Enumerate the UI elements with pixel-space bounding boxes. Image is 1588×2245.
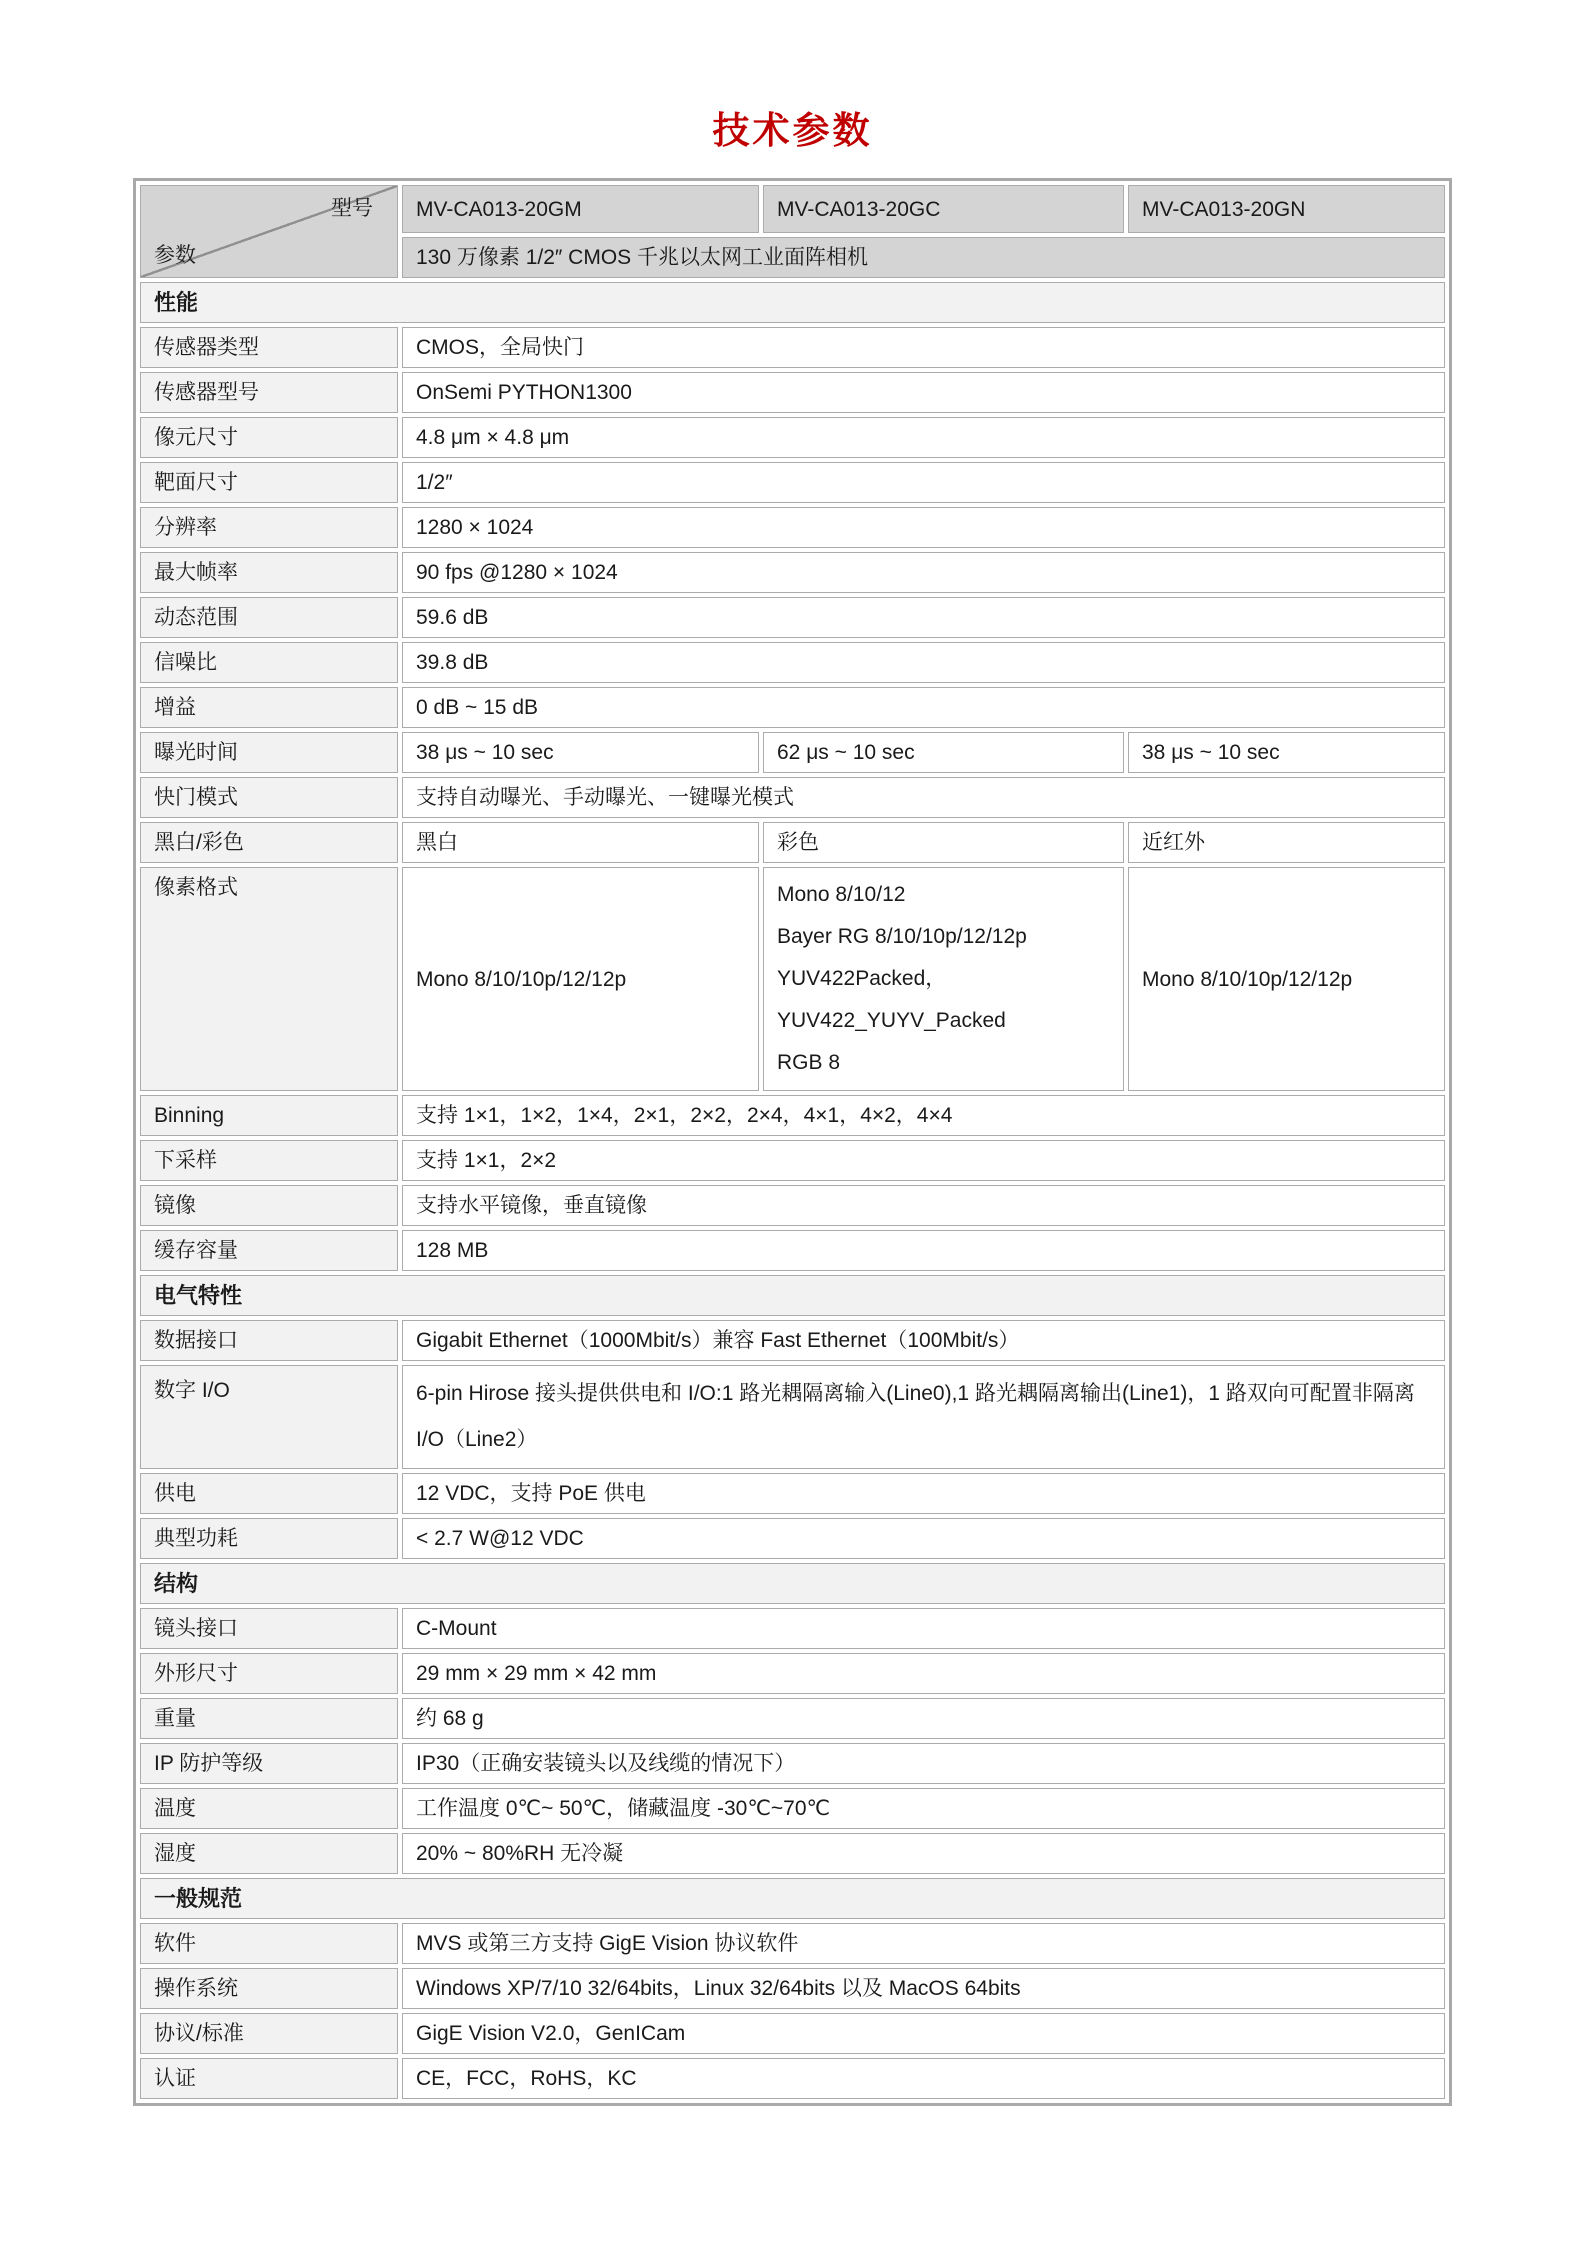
spec-row: Binning 支持 1×1，1×2，1×4，2×1，2×2，2×4，4×1，4… [140,1095,1445,1136]
row-label: 最大帧率 [140,552,398,593]
row-value: GigE Vision V2.0，GenICam [402,2013,1445,2054]
row-value: < 2.7 W@12 VDC [402,1518,1445,1559]
pixel-format-line: RGB 8 [777,1042,1110,1084]
row-label: 分辨率 [140,507,398,548]
row-value: 29 mm × 29 mm × 42 mm [402,1653,1445,1694]
spec-row: 数字 I/O 6-pin Hirose 接头提供供电和 I/O:1 路光耦隔离输… [140,1365,1445,1469]
spec-row: 曝光时间 38 μs ~ 10 sec 62 μs ~ 10 sec 38 μs… [140,732,1445,773]
spec-row: 下采样 支持 1×1，2×2 [140,1140,1445,1181]
row-value: 黑白 [402,822,759,863]
row-value: 62 μs ~ 10 sec [763,732,1124,773]
spec-row: 协议/标准 GigE Vision V2.0，GenICam [140,2013,1445,2054]
spec-row: 软件 MVS 或第三方支持 GigE Vision 协议软件 [140,1923,1445,1964]
spec-row: 典型功耗 < 2.7 W@12 VDC [140,1518,1445,1559]
row-value: 6-pin Hirose 接头提供供电和 I/O:1 路光耦隔离输入(Line0… [402,1365,1445,1469]
row-label: 像素格式 [140,867,398,1091]
row-value: 支持水平镜像，垂直镜像 [402,1185,1445,1226]
row-value: 彩色 [763,822,1124,863]
row-label: 镜头接口 [140,1608,398,1649]
row-value: 支持 1×1，2×2 [402,1140,1445,1181]
section-title: 一般规范 [140,1878,1445,1919]
row-value: 支持 1×1，1×2，1×4，2×1，2×2，2×4，4×1，4×2，4×4 [402,1095,1445,1136]
row-value: 59.6 dB [402,597,1445,638]
row-value: IP30（正确安装镜头以及线缆的情况下） [402,1743,1445,1784]
row-label: 靶面尺寸 [140,462,398,503]
row-value: CMOS，全局快门 [402,327,1445,368]
spec-row: 缓存容量 128 MB [140,1230,1445,1271]
row-label: 黑白/彩色 [140,822,398,863]
spec-row: 动态范围 59.6 dB [140,597,1445,638]
spec-row: 外形尺寸 29 mm × 29 mm × 42 mm [140,1653,1445,1694]
row-label: 认证 [140,2058,398,2099]
section-title: 性能 [140,282,1445,323]
spec-row: 操作系统 Windows XP/7/10 32/64bits，Linux 32/… [140,1968,1445,2009]
row-value: 38 μs ~ 10 sec [1128,732,1445,773]
spec-row: 分辨率 1280 × 1024 [140,507,1445,548]
spec-sheet-page: 技术参数 型号 参数 MV-CA013-20GM MV-CA013-20GC M… [0,0,1588,2245]
corner-cell: 型号 参数 [140,185,398,278]
row-value: Mono 8/10/10p/12/12p [402,867,759,1091]
spec-row: 信噪比 39.8 dB [140,642,1445,683]
section-row: 电气特性 [140,1275,1445,1316]
row-label: 操作系统 [140,1968,398,2009]
spec-row-pixel-format: 像素格式 Mono 8/10/10p/12/12p Mono 8/10/12 B… [140,867,1445,1091]
page-title: 技术参数 [133,0,1452,178]
row-value: C-Mount [402,1608,1445,1649]
spec-row: 镜头接口 C-Mount [140,1608,1445,1649]
model-name: MV-CA013-20GM [402,185,759,233]
row-label: 协议/标准 [140,2013,398,2054]
spec-row: 镜像 支持水平镜像，垂直镜像 [140,1185,1445,1226]
spec-row: 最大帧率 90 fps @1280 × 1024 [140,552,1445,593]
product-description: 130 万像素 1/2″ CMOS 千兆以太网工业面阵相机 [402,237,1445,278]
row-value: CE，FCC，RoHS，KC [402,2058,1445,2099]
section-row: 性能 [140,282,1445,323]
row-label: 传感器类型 [140,327,398,368]
spec-row: 重量 约 68 g [140,1698,1445,1739]
row-value: 1280 × 1024 [402,507,1445,548]
row-label: 湿度 [140,1833,398,1874]
row-label: 缓存容量 [140,1230,398,1271]
row-label: 温度 [140,1788,398,1829]
spec-row: 供电 12 VDC，支持 PoE 供电 [140,1473,1445,1514]
row-value: 38 μs ~ 10 sec [402,732,759,773]
pixel-format-line: Mono 8/10/12 [777,874,1110,916]
row-label: IP 防护等级 [140,1743,398,1784]
spec-row: 传感器类型 CMOS，全局快门 [140,327,1445,368]
row-value: MVS 或第三方支持 GigE Vision 协议软件 [402,1923,1445,1964]
spec-row: 快门模式 支持自动曝光、手动曝光、一键曝光模式 [140,777,1445,818]
row-label: Binning [140,1095,398,1136]
header-row-models: 型号 参数 MV-CA013-20GM MV-CA013-20GC MV-CA0… [140,185,1445,233]
row-value: 支持自动曝光、手动曝光、一键曝光模式 [402,777,1445,818]
model-label: 型号 [331,196,373,221]
row-value: 4.8 μm × 4.8 μm [402,417,1445,458]
spec-row: IP 防护等级 IP30（正确安装镜头以及线缆的情况下） [140,1743,1445,1784]
row-label: 信噪比 [140,642,398,683]
row-label: 动态范围 [140,597,398,638]
row-value: 128 MB [402,1230,1445,1271]
spec-row: 增益 0 dB ~ 15 dB [140,687,1445,728]
row-label: 数字 I/O [140,1365,398,1469]
row-label: 下采样 [140,1140,398,1181]
row-label: 快门模式 [140,777,398,818]
row-value: 0 dB ~ 15 dB [402,687,1445,728]
row-label: 数据接口 [140,1320,398,1361]
row-value: Windows XP/7/10 32/64bits，Linux 32/64bit… [402,1968,1445,2009]
row-label: 镜像 [140,1185,398,1226]
spec-row: 黑白/彩色 黑白 彩色 近红外 [140,822,1445,863]
row-value: 工作温度 0℃~ 50℃，储藏温度 -30℃~70℃ [402,1788,1445,1829]
spec-row: 像元尺寸 4.8 μm × 4.8 μm [140,417,1445,458]
model-name: MV-CA013-20GN [1128,185,1445,233]
pixel-format-line: YUV422Packed， [777,958,1110,1000]
section-row: 一般规范 [140,1878,1445,1919]
spec-row: 传感器型号 OnSemi PYTHON1300 [140,372,1445,413]
model-name: MV-CA013-20GC [763,185,1124,233]
section-title: 结构 [140,1563,1445,1604]
row-value: Mono 8/10/12 Bayer RG 8/10/10p/12/12p YU… [763,867,1124,1091]
section-title: 电气特性 [140,1275,1445,1316]
row-value: Gigabit Ethernet（1000Mbit/s）兼容 Fast Ethe… [402,1320,1445,1361]
row-label: 像元尺寸 [140,417,398,458]
pixel-format-line: Bayer RG 8/10/10p/12/12p [777,916,1110,958]
row-value: 近红外 [1128,822,1445,863]
row-label: 软件 [140,1923,398,1964]
spec-row: 认证 CE，FCC，RoHS，KC [140,2058,1445,2099]
row-value: Mono 8/10/10p/12/12p [1128,867,1445,1091]
row-value: OnSemi PYTHON1300 [402,372,1445,413]
row-label: 典型功耗 [140,1518,398,1559]
row-value: 90 fps @1280 × 1024 [402,552,1445,593]
param-label: 参数 [154,243,196,268]
row-label: 外形尺寸 [140,1653,398,1694]
row-value: 1/2″ [402,462,1445,503]
row-label: 增益 [140,687,398,728]
spec-row: 湿度 20% ~ 80%RH 无冷凝 [140,1833,1445,1874]
section-row: 结构 [140,1563,1445,1604]
row-label: 供电 [140,1473,398,1514]
row-value: 20% ~ 80%RH 无冷凝 [402,1833,1445,1874]
pixel-format-line: YUV422_YUYV_Packed [777,1000,1110,1042]
spec-row: 靶面尺寸 1/2″ [140,462,1445,503]
spec-row: 数据接口 Gigabit Ethernet（1000Mbit/s）兼容 Fast… [140,1320,1445,1361]
row-value: 12 VDC，支持 PoE 供电 [402,1473,1445,1514]
row-label: 传感器型号 [140,372,398,413]
spec-row: 温度 工作温度 0℃~ 50℃，储藏温度 -30℃~70℃ [140,1788,1445,1829]
row-value: 39.8 dB [402,642,1445,683]
row-label: 重量 [140,1698,398,1739]
spec-table: 型号 参数 MV-CA013-20GM MV-CA013-20GC MV-CA0… [133,178,1452,2106]
row-label: 曝光时间 [140,732,398,773]
row-value: 约 68 g [402,1698,1445,1739]
